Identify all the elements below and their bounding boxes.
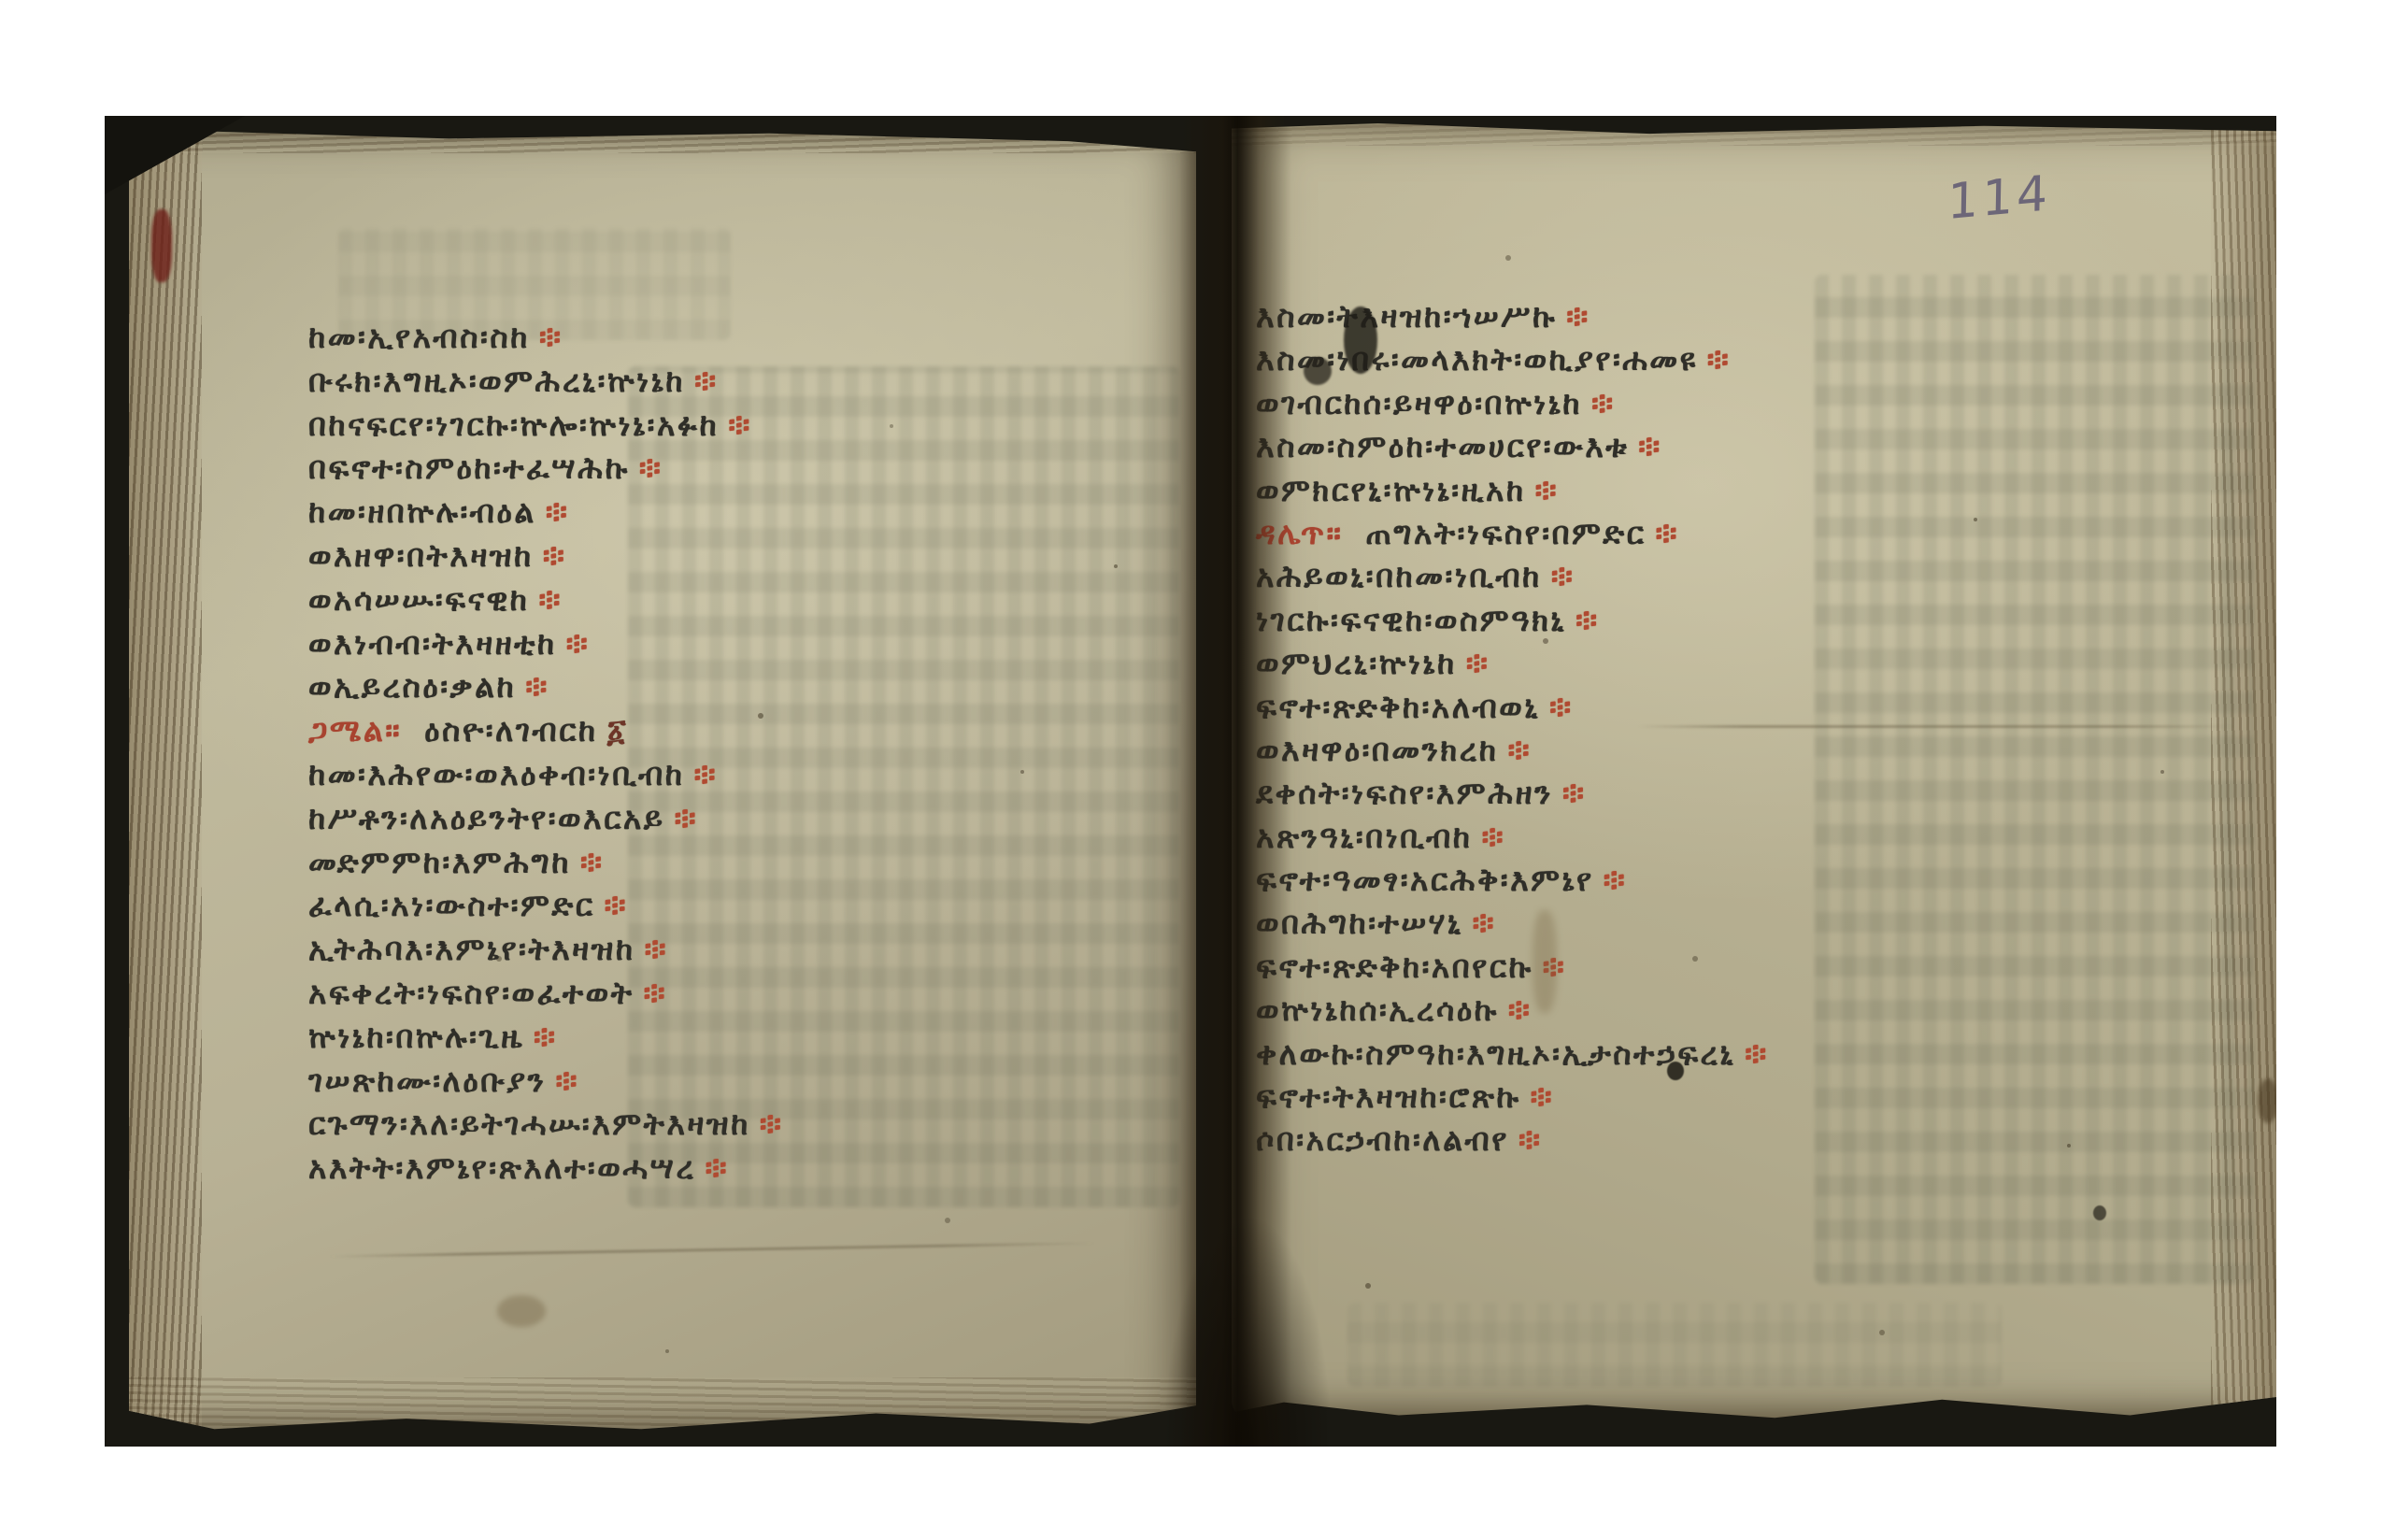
right-page-text-column: እስመ፡ትእዛዝከ፡ኀሠሥኩ፨እስመ፡ነበሩ፡መላእክት፡ወኪያየ፡ሐመዩ፨ወገ… [1256,295,1769,1162]
verse-end-mark: ፨ [539,319,563,355]
verse-text: ገሠጽከሙ፡ለዕቡያን [308,1062,546,1099]
manuscript-photo: 114 ከመ፡ኢየአብስ፡ስከ፨ቡሩክ፡እግዚኦ፡ወምሕረኒ፡ኵነኔከ፨በከናፍ… [105,116,2276,1447]
manuscript-text-line: ወእዘዋ፡በትእዛዝከ፨ [308,535,783,578]
verse-end-mark: ፨ [694,756,719,792]
verse-end-mark: ፨ [1566,298,1590,335]
verse-end-mark: ፨ [1531,1078,1555,1115]
verse-end-mark: ፨ [538,581,563,618]
verse-end-mark: ፨ [639,449,663,486]
verse-text: ወምህረኒ፡ኵነኔከ [1256,645,1457,681]
verse-end-mark: ፨ [566,625,591,662]
manuscript-text-line: ኢትሕባእ፡እምኔየ፡ትእዛዝከ፨ [308,928,783,972]
verse-end-mark: ፨ [1591,385,1616,421]
verse-text: ደቀሰት፡ነፍስየ፡እምሕዘን [1256,775,1553,811]
manuscript-text-line: ኵነኔከ፡በኵሉ፡ጊዜ፨ [308,1016,783,1060]
verse-end-mark: ፨ [1575,602,1600,638]
verse-text: እስመ፡ትእዛዝከ፡ኀሠሥኩ [1256,298,1557,335]
right-page-edge-stack [2211,123,2276,1420]
manuscript-text-line: እስመ፡ስምዕከ፡ተመሀርየ፡ውእቱ፨ [1256,425,1769,468]
manuscript-text-line: ቀለውኩ፡ስምዓከ፡እግዚኦ፡ኢታስተኃፍረኒ፨ [1256,1033,1769,1076]
verse-text: አጽንዓኒ፡በነቢብከ [1256,819,1473,855]
verse-text: ፍኖተ፡ጽድቅከ፡አበየርኩ [1256,948,1533,985]
verse-text: ከመ፡ኢየአብስ፡ስከ [308,319,530,355]
manuscript-text-line: ከመ፡እሕየው፡ወእዕቀብ፡ነቢብከ፨ [308,753,783,797]
verse-end-mark: ፨ [1518,1121,1543,1158]
verse-text: ነገርኩ፡ፍናዊከ፡ወስምዓክኒ [1256,602,1566,638]
manuscript-text-line: በከናፍርየ፡ነገርኩ፡ኵሎ፡ኵነኔ፡አፉከ፨ [308,404,783,448]
verse-end-mark: ፨ [675,800,699,836]
verse-text: ቀለውኩ፡ስምዓከ፡እግዚኦ፡ኢታስተኃፍረኒ [1256,1035,1735,1072]
verse-text: ሶበ፡አርኃብከ፡ለልብየ [1256,1121,1509,1158]
verse-end-mark: ፨ [694,363,719,399]
verse-end-mark: ፨ [1507,732,1532,768]
verse-text: እስመ፡ነበሩ፡መላእክት፡ወኪያየ፡ሐመዩ [1256,341,1698,378]
manuscript-text-line: ነገርኩ፡ፍናዊከ፡ወስምዓክኒ፨ [1256,599,1769,642]
manuscript-text-line: ፍኖተ፡ዓመፃ፡አርሕቅ፡እምኔየ፨ [1256,859,1769,902]
verse-end-mark: ፨ [1543,948,1567,985]
verse-text: ኵነኔከ፡በኵሉ፡ጊዜ [308,1019,524,1055]
verse-end-mark: ፨ [546,493,570,530]
manuscript-text-line: መድምምከ፡እምሕግከ፨ [308,841,783,885]
manuscript-text-line: ሶበ፡አርኃብከ፡ለልብየ፨ [1256,1119,1769,1162]
verse-text: ከሥቶን፡ለአዕይንትየ፡ወእርአይ [308,800,665,836]
verse-text: ዕስዮ፡ለገብርከ [424,712,597,749]
verse-text: ወእዘዋ፡በትእዛዝከ [308,537,534,574]
verse-text: በፍኖተ፡ስምዕከ፡ተፈሣሕኩ [308,449,630,486]
manuscript-text-line: ዳሌጥ።ጠግአት፡ነፍስየ፡በምድር፨ [1256,512,1769,555]
verse-end-mark: ፨ [1655,515,1679,551]
left-page-top-edge [129,131,1196,153]
verse-end-mark: ፨ [1482,819,1506,855]
verse-end-mark: ፨ [1745,1035,1769,1072]
manuscript-text-line: እስመ፡ነበሩ፡መላእክት፡ወኪያየ፡ሐመዩ፨ [1256,338,1769,381]
verse-end-mark: ፨ [1707,341,1732,378]
verse-text: ከመ፡ዘበኵሉ፡ብዕል [308,493,536,530]
verse-text: ወገብርከሰ፡ይዛዋዕ፡በኵነኔከ [1256,385,1582,421]
verse-text: ከመ፡እሕየው፡ወእዕቀብ፡ነቢብከ [308,756,685,792]
manuscript-text-line: ወእነብብ፡ትእዛዘቲከ፨ [308,622,783,666]
manuscript-text-line: ፍኖተ፡ጽድቅከ፡አለብወኒ፨ [1256,686,1769,729]
verse-end-mark: ፨ [1472,905,1496,941]
manuscript-text-line: ወአሳሠሡ፡ፍናዊከ፨ [308,578,783,622]
verse-text: ቡሩክ፡እግዚኦ፡ወምሕረኒ፡ኵነኔከ [308,363,685,399]
verse-end-mark: ፨ [645,931,669,967]
verse-end-mark: ፨ [534,1019,558,1055]
verse-text: ወምክርየኒ፡ኵነኔ፡ዚአከ [1256,472,1526,508]
verse-text: ርጉማን፡እለ፡ይትገሓሡ፡እምትእዛዝከ [308,1105,750,1142]
manuscript-text-line: አሕይወኒ፡በከመ፡ነቢብከ፨ [1256,555,1769,598]
verse-end-mark: ፨ [705,1149,729,1186]
folio-number: 114 [1947,165,2052,231]
verse-text: ወእነብብ፡ትእዛዘቲከ [308,625,557,662]
manuscript-text-line: ከመ፡ዘበኵሉ፡ብዕል፨ [308,491,783,535]
verse-text: ፍኖተ፡ዓመፃ፡አርሕቅ፡እምኔየ [1256,862,1594,898]
verse-text: ኢትሕባእ፡እምኔየ፡ትእዛዝከ [308,931,635,967]
verse-text: አእትት፡እምኔየ፡ጽእለተ፡ወሓሣረ [308,1149,695,1186]
verse-end-mark: ፨ [1551,558,1575,594]
verse-text: በከናፍርየ፡ነገርኩ፡ኵሎ፡ኵነኔ፡አፉከ [308,406,719,443]
left-page-bottom-edge [129,1377,1196,1432]
verse-end-mark: ፨ [1466,645,1490,681]
manuscript-text-line: ቡሩክ፡እግዚኦ፡ወምሕረኒ፡ኵነኔከ፨ [308,360,783,404]
section-rubric: ጋሜል። [308,712,402,749]
verse-end-mark: ፨ [728,406,752,443]
manuscript-text-line: አጽንዓኒ፡በነቢብከ፨ [1256,816,1769,859]
verse-end-mark: ፨ [555,1062,579,1099]
verse-text: ወኵነኔከሰ፡ኢረሳዕኩ [1256,991,1499,1028]
manuscript-text-line: ርጉማን፡እለ፡ይትገሓሡ፡እምትእዛዝከ፨ [308,1103,783,1147]
verse-text: አሕይወኒ፡በከመ፡ነቢብከ [1256,558,1542,594]
verse-end-mark: ፨ [1549,689,1574,725]
verse-end-mark: ፨ [1562,775,1587,811]
verse-text: ወእዛዋዕ፡በመንክረከ [1256,732,1498,768]
verse-end-mark: ፨ [1604,862,1628,898]
manuscript-text-line: ወገብርከሰ፡ይዛዋዕ፡በኵነኔከ፨ [1256,382,1769,425]
manuscript-text-line: ወምክርየኒ፡ኵነኔ፡ዚአከ፨ [1256,469,1769,512]
verse-end-mark: ፨ [1508,991,1533,1028]
verse-text: ጠግአት፡ነፍስየ፡በምድር [1365,515,1646,551]
manuscript-text-line: ወበሕግከ፡ተሠሃኒ፨ [1256,902,1769,945]
verse-end-mark: ፨ [604,887,628,923]
verse-end-mark: ፨ [1638,428,1662,464]
verse-end-mark: ፨ [525,668,549,705]
manuscript-text-line: ደቀሰት፡ነፍስየ፡እምሕዘን፨ [1256,772,1769,815]
verse-end-mark: ፨ [543,537,567,574]
verse-text: መድምምከ፡እምሕግከ [308,844,571,880]
manuscript-text-line: ፈላሲ፡አነ፡ውስተ፡ምድር፨ [308,884,783,928]
verse-text: ወበሕግከ፡ተሠሃኒ [1256,905,1462,941]
left-page-edge-stack [129,131,202,1432]
manuscript-text-line: ከሥቶን፡ለአዕይንትየ፡ወእርአይ፨ [308,797,783,841]
verse-end-mark: ፨ [643,975,667,1011]
verse-text: ፈላሲ፡አነ፡ውስተ፡ምድር [308,887,594,923]
manuscript-text-line: አፍቀረት፡ነፍስየ፡ወፈተወት፨ [308,972,783,1016]
manuscript-text-line: ወምህረኒ፡ኵነኔከ፨ [1256,642,1769,685]
verse-end-mark: ፨ [1535,472,1560,508]
manuscript-text-line: እስመ፡ትእዛዝከ፡ኀሠሥኩ፨ [1256,295,1769,338]
verse-text: ፍኖተ፡ትእዛዝከ፡ሮጽኩ [1256,1078,1521,1115]
verse-text: ወኢይረስዕ፡ቃልከ [308,668,516,705]
right-page-top-edge [1232,123,2276,146]
verse-text: አፍቀረት፡ነፍስየ፡ወፈተወት [308,975,634,1011]
verse-end-mark: ፩ [607,712,629,749]
verse-end-mark: ፨ [760,1105,784,1142]
manuscript-text-line: ወኢይረስዕ፡ቃልከ፨ [308,665,783,709]
manuscript-text-line: ወእዛዋዕ፡በመንክረከ፨ [1256,729,1769,772]
section-rubric: ዳሌጥ። [1256,515,1343,551]
manuscript-text-line: ፍኖተ፡ትእዛዝከ፡ሮጽኩ፨ [1256,1076,1769,1119]
verse-text: ፍኖተ፡ጽድቅከ፡አለብወኒ [1256,689,1540,725]
verse-text: እስመ፡ስምዕከ፡ተመሀርየ፡ውእቱ [1256,428,1629,464]
manuscript-text-line: በፍኖተ፡ስምዕከ፡ተፈሣሕኩ፨ [308,447,783,491]
manuscript-text-line: ገሠጽከሙ፡ለዕቡያን፨ [308,1060,783,1104]
verse-end-mark: ፨ [580,844,605,880]
left-page-text-column: ከመ፡ኢየአብስ፡ስከ፨ቡሩክ፡እግዚኦ፡ወምሕረኒ፡ኵነኔከ፨በከናፍርየ፡ነ… [308,316,783,1191]
verse-text: ወአሳሠሡ፡ፍናዊከ [308,581,529,618]
manuscript-text-line: ፍኖተ፡ጽድቅከ፡አበየርኩ፨ [1256,946,1769,989]
manuscript-text-line: ከመ፡ኢየአብስ፡ስከ፨ [308,316,783,360]
manuscript-text-line: አእትት፡እምኔየ፡ጽእለተ፡ወሓሣረ፨ [308,1147,783,1191]
manuscript-text-line: ወኵነኔከሰ፡ኢረሳዕኩ፨ [1256,989,1769,1032]
manuscript-text-line: ጋሜል።ዕስዮ፡ለገብርከ፩ [308,709,783,753]
